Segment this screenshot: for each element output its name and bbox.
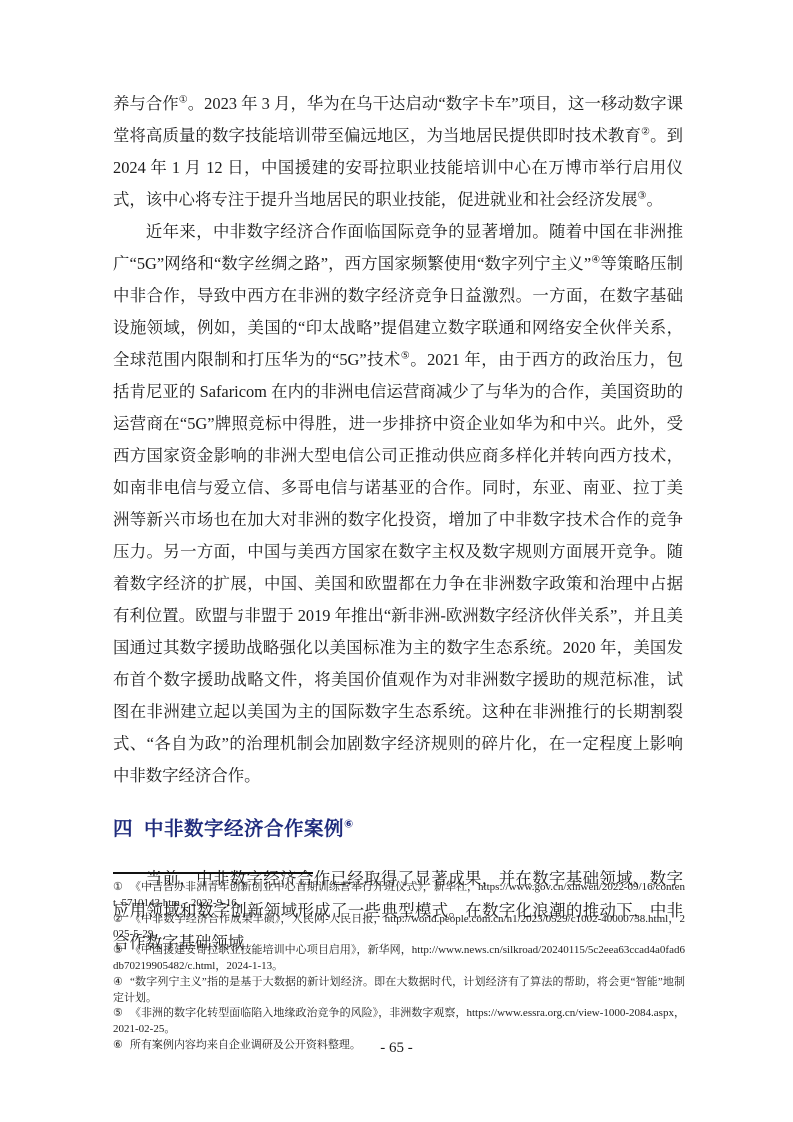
footnote-reference: ④ xyxy=(591,255,600,266)
footnote-marker-1: ① xyxy=(113,881,123,893)
footnote-text-5: 《非洲的数字化转型面临陷入地缘政治竞争的风险》，非洲数字观察，https://w… xyxy=(113,1007,685,1035)
footnote-item-5: ⑤《非洲的数字化转型面临陷入地缘政治竞争的风险》，非洲数字观察，https://… xyxy=(113,1006,685,1038)
footnote-text-1: 《中吉合办非洲青年创新创业中心首期训练营举行开班仪式》，新华社，https://… xyxy=(113,881,685,909)
section-title: 中非数字经济合作案例 xyxy=(144,817,344,840)
footnote-reference: ⑤ xyxy=(401,351,410,362)
footnote-item-1: ①《中吉合办非洲青年创新创业中心首期训练营举行开班仪式》，新华社，https:/… xyxy=(113,880,685,912)
footnote-separator xyxy=(113,872,313,874)
footnote-text-3: 《中国援建安哥拉职业技能培训中心项目启用》，新华网，http://www.new… xyxy=(113,944,685,972)
footnote-reference: ① xyxy=(179,95,188,106)
paragraph-continuation: 养与合作①。2023 年 3 月，华为在乌干达启动“数字卡车”项目，这一移动数字… xyxy=(113,88,683,216)
page-number: - 65 - xyxy=(0,1040,793,1057)
footnote-text-4: “数字列宁主义”指的是基于大数据的新计划经济。即在大数据时代，计划经济有了算法的… xyxy=(113,976,685,1004)
footnote-reference: ② xyxy=(641,127,650,138)
section-footnote-ref: ⑥ xyxy=(344,818,354,831)
footnote-reference: ③ xyxy=(638,191,647,202)
footnote-item-4: ④“数字列宁主义”指的是基于大数据的新计划经济。即在大数据时代，计划经济有了算法… xyxy=(113,975,685,1007)
footnote-item-2: ②《中非数字经济合作成果丰硕》，人民网-人民日报，http://world.pe… xyxy=(113,912,685,944)
section-heading: 四中非数字经济合作案例⑥ xyxy=(113,816,683,842)
footnote-marker-5: ⑤ xyxy=(113,1007,123,1019)
section-number: 四 xyxy=(113,817,133,840)
body-text-area: 养与合作①。2023 年 3 月，华为在乌干达启动“数字卡车”项目，这一移动数字… xyxy=(113,88,683,959)
footnote-text-2: 《中非数字经济合作成果丰硕》，人民网-人民日报，http://world.peo… xyxy=(113,913,685,941)
document-page: 养与合作①。2023 年 3 月，华为在乌干达启动“数字卡车”项目，这一移动数字… xyxy=(0,0,793,1122)
footnote-area: ①《中吉合办非洲青年创新创业中心首期训练营举行开班仪式》，新华社，https:/… xyxy=(113,872,685,1054)
footnote-marker-3: ③ xyxy=(113,944,123,956)
footnote-marker-2: ② xyxy=(113,913,123,925)
paragraph-competition: 近年来，中非数字经济合作面临国际竞争的显著增加。随着中国在非洲推广“5G”网络和… xyxy=(113,216,683,792)
footnote-item-3: ③《中国援建安哥拉职业技能培训中心项目启用》，新华网，http://www.ne… xyxy=(113,943,685,975)
footnote-marker-4: ④ xyxy=(113,976,123,988)
